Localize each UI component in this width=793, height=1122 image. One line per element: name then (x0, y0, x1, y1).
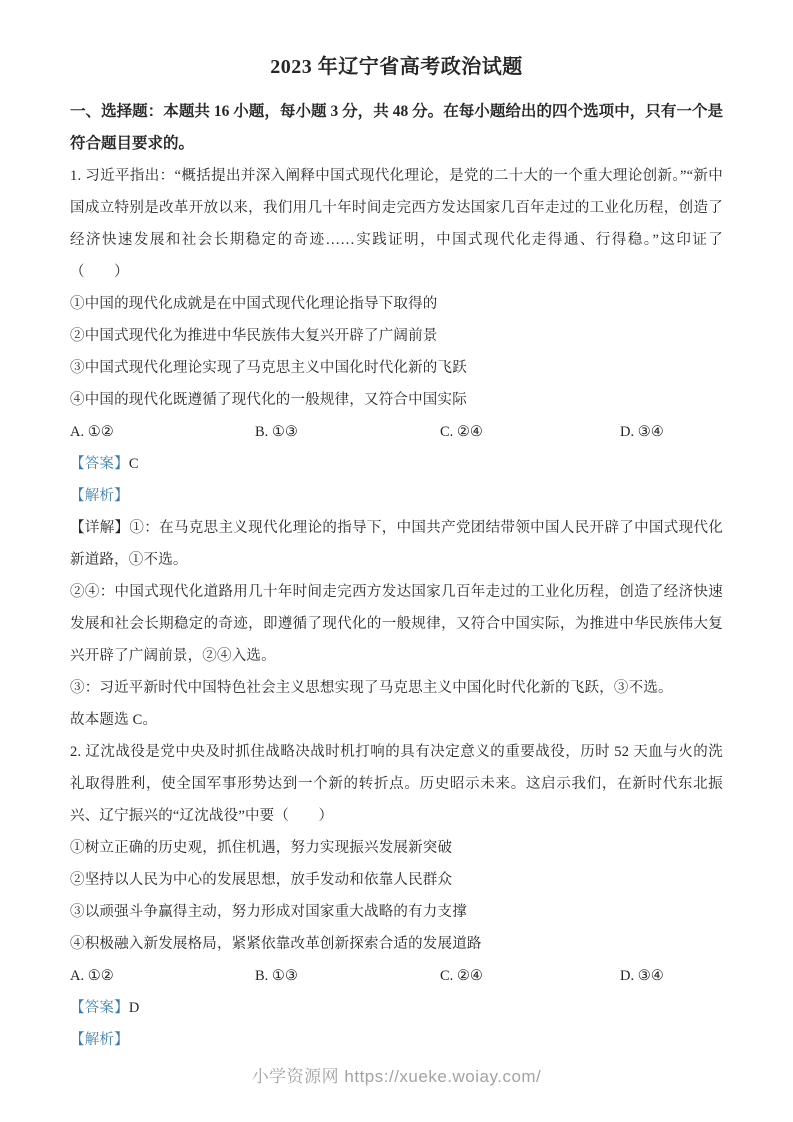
answer-label: 【答案】 (70, 1000, 129, 1016)
exam-document-page: 2023 年辽宁省高考政治试题 一、选择题：本题共 16 小题，每小题 3 分，… (0, 0, 793, 1122)
question-1-analysis-line: 【解析】 (70, 480, 723, 512)
answer-label: 【答案】 (70, 456, 129, 472)
question-2: 2. 辽沈战役是党中央及时抓住战略决战时机打响的具有决定意义的重要战役，历时 5… (70, 736, 723, 1056)
question-1-explanation-conclusion: 故本题选 C。 (70, 704, 723, 736)
question-2-answer-line: 【答案】D (70, 992, 723, 1024)
section-heading: 一、选择题：本题共 16 小题，每小题 3 分，共 48 分。在每小题给出的四个… (70, 96, 723, 160)
question-1-explanation-1: 【详解】①：在马克思主义现代化理论的指导下，中国共产党团结带领中国人民开辟了中国… (70, 512, 723, 576)
question-1-stem: 1. 习近平指出：“概括提出并深入阐释中国式现代化理论，是党的二十大的一个重大理… (70, 160, 723, 288)
question-1-statement-2: ②中国式现代化为推进中华民族伟大复兴开辟了广阔前景 (70, 320, 723, 352)
footer-watermark: 小学资源网 https://xueke.woiay.com/ (0, 1062, 793, 1087)
question-1-statement-4: ④中国的现代化既遵循了现代化的一般规律，又符合中国实际 (70, 384, 723, 416)
question-1-answer-value: C (129, 456, 139, 472)
question-1: 1. 习近平指出：“概括提出并深入阐释中国式现代化理论，是党的二十大的一个重大理… (70, 160, 723, 736)
question-2-choices: A. ①② B. ①③ C. ②④ D. ③④ (70, 960, 723, 992)
question-1-choice-b: B. ①③ (255, 416, 440, 448)
question-1-statement-3: ③中国式现代化理论实现了马克思主义中国化时代化新的飞跃 (70, 352, 723, 384)
question-2-statement-2: ②坚持以人民为中心的发展思想，放手发动和依靠人民群众 (70, 864, 723, 896)
question-2-choice-b: B. ①③ (255, 960, 440, 992)
question-2-answer-value: D (129, 1000, 140, 1016)
question-2-statement-1: ①树立正确的历史观，抓住机遇，努力实现振兴发展新突破 (70, 832, 723, 864)
question-1-explanation-2: ②④：中国式现代化道路用几十年时间走完西方发达国家几百年走过的工业化历程，创造了… (70, 576, 723, 672)
question-1-explanation-3: ③：习近平新时代中国特色社会主义思想实现了马克思主义中国化时代化新的飞跃，③不选… (70, 672, 723, 704)
question-2-choice-c: C. ②④ (440, 960, 620, 992)
question-1-choice-c: C. ②④ (440, 416, 620, 448)
analysis-label: 【解析】 (70, 488, 129, 504)
question-2-statement-4: ④积极融入新发展格局，紧紧依靠改革创新探索合适的发展道路 (70, 928, 723, 960)
question-1-choices: A. ①② B. ①③ C. ②④ D. ③④ (70, 416, 723, 448)
question-2-statement-3: ③以顽强斗争赢得主动，努力形成对国家重大战略的有力支撑 (70, 896, 723, 928)
question-1-choice-d: D. ③④ (620, 416, 723, 448)
question-1-answer-line: 【答案】C (70, 448, 723, 480)
question-2-choice-a: A. ①② (70, 960, 255, 992)
question-2-choice-d: D. ③④ (620, 960, 723, 992)
question-2-analysis-line: 【解析】 (70, 1024, 723, 1056)
analysis-label: 【解析】 (70, 1032, 129, 1048)
question-1-choice-a: A. ①② (70, 416, 255, 448)
page-title: 2023 年辽宁省高考政治试题 (70, 50, 723, 84)
question-1-statement-1: ①中国的现代化成就是在中国式现代化理论指导下取得的 (70, 288, 723, 320)
question-2-stem: 2. 辽沈战役是党中央及时抓住战略决战时机打响的具有决定意义的重要战役，历时 5… (70, 736, 723, 832)
